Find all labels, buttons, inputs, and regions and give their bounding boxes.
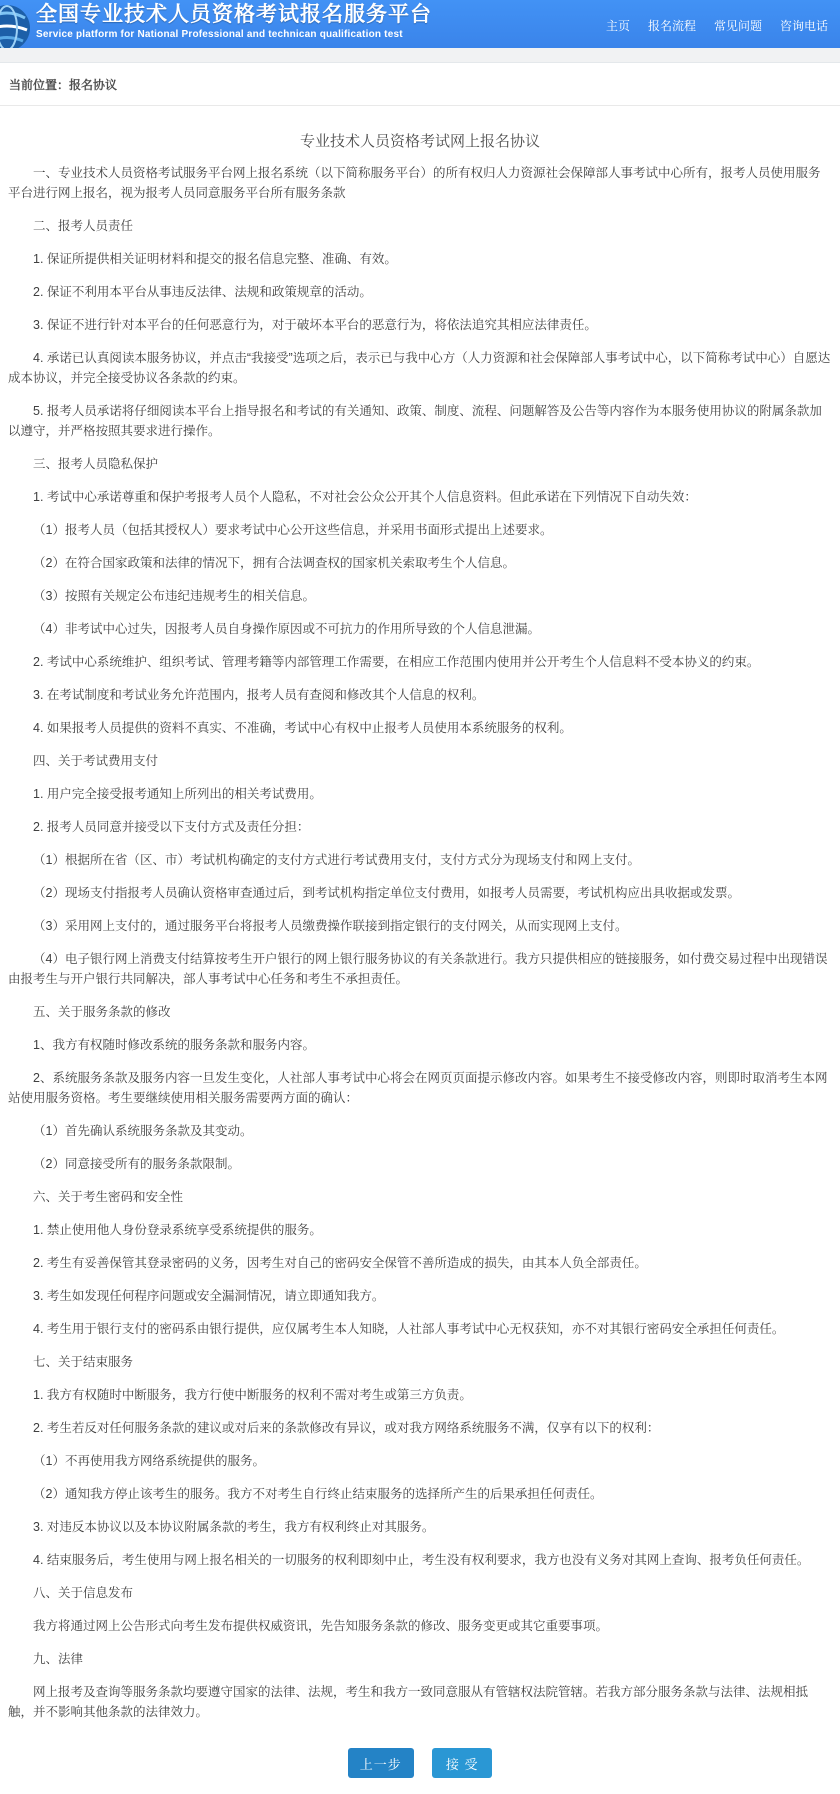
agreement-paragraph: （1）根据所在省（区、市）考试机构确定的支付方式进行考试费用支付，支付方式分为现…: [8, 850, 832, 870]
agreement-paragraph: （2）同意接受所有的服务条款限制。: [8, 1154, 832, 1174]
agreement-paragraph: 3. 考生如发现任何程序问题或安全漏洞情况，请立即通知我方。: [8, 1286, 832, 1306]
agreement-paragraph: 1. 保证所提供相关证明材料和提交的报名信息完整、准确、有效。: [8, 249, 832, 269]
agreement-paragraph: 2. 考试中心系统维护、组织考试、管理考籍等内部管理工作需要，在相应工作范围内使…: [8, 652, 832, 672]
breadcrumb-prefix: 当前位置：: [9, 78, 69, 92]
nav-link-contact-phone[interactable]: 咨询电话: [780, 17, 828, 34]
agreement-paragraph: 六、关于考生密码和安全性: [8, 1187, 832, 1207]
agreement-paragraph: 3. 在考试制度和考试业务允许范围内，报考人员有查阅和修改其个人信息的权利。: [8, 685, 832, 705]
agreement-paragraph: （4）电子银行网上消费支付结算按考生开户银行的网上银行服务协议的有关条款进行。我…: [8, 949, 832, 989]
agreement-paragraph: 2. 考生有妥善保管其登录密码的义务，因考生对自己的密码安全保管不善所造成的损失…: [8, 1253, 832, 1273]
nav-link-faq[interactable]: 常见问题: [714, 17, 762, 34]
agreement-paragraph: （3）采用网上支付的，通过服务平台将报考人员缴费操作联接到指定银行的支付网关，从…: [8, 916, 832, 936]
agreement-paragraph: 2、系统服务条款及服务内容一旦发生变化，人社部人事考试中心将会在网页页面提示修改…: [8, 1068, 832, 1108]
agreement-paragraph: 1、我方有权随时修改系统的服务条款和服务内容。: [8, 1035, 832, 1055]
agreement-paragraph: 七、关于结束服务: [8, 1352, 832, 1372]
agreement-paragraph: 2. 报考人员同意并接受以下支付方式及责任分担：: [8, 817, 832, 837]
agreement-paragraph: 4. 如果报考人员提供的资料不真实、不准确，考试中心有权中止报考人员使用本系统服…: [8, 718, 832, 738]
agreement-paragraph: 一、专业技术人员资格考试服务平台网上报名系统（以下简称服务平台）的所有权归人力资…: [8, 163, 832, 203]
agreement-content: 专业技术人员资格考试网上报名协议 一、专业技术人员资格考试服务平台网上报名系统（…: [0, 106, 840, 1794]
action-button-row: 上一步 接 受: [8, 1748, 832, 1794]
agreement-paragraph: 八、关于信息发布: [8, 1583, 832, 1603]
previous-step-button[interactable]: 上一步: [348, 1748, 414, 1778]
agreement-paragraph: （1）报考人员（包括其授权人）要求考试中心公开这些信息，并采用书面形式提出上述要…: [8, 520, 832, 540]
agreement-body: 一、专业技术人员资格考试服务平台网上报名系统（以下简称服务平台）的所有权归人力资…: [8, 163, 832, 1722]
agreement-paragraph: （1）首先确认系统服务条款及其变动。: [8, 1121, 832, 1141]
agreement-paragraph: 3. 对违反本协议以及本协议附属条款的考生，我方有权利终止对其服务。: [8, 1517, 832, 1537]
agreement-paragraph: （1）不再使用我方网络系统提供的服务。: [8, 1451, 832, 1471]
agreement-paragraph: 四、关于考试费用支付: [8, 751, 832, 771]
agreement-paragraph: （3）按照有关规定公布违纪违规考生的相关信息。: [8, 586, 832, 606]
agreement-paragraph: 我方将通过网上公告形式向考生发布提供权威资讯，先告知服务条款的修改、服务变更或其…: [8, 1616, 832, 1636]
agreement-paragraph: 九、法律: [8, 1649, 832, 1669]
nav-link-home[interactable]: 主页: [606, 17, 630, 34]
agreement-paragraph: 1. 我方有权随时中断服务，我方行使中断服务的权利不需对考生或第三方负责。: [8, 1385, 832, 1405]
agreement-paragraph: 1. 考试中心承诺尊重和保护考报考人员个人隐私，不对社会公众公开其个人信息资料。…: [8, 487, 832, 507]
agreement-paragraph: 3. 保证不进行针对本平台的任何恶意行为，对于破坏本平台的恶意行为，将依法追究其…: [8, 315, 832, 335]
globe-logo-icon: [0, 4, 31, 48]
agreement-paragraph: 5. 报考人员承诺将仔细阅读本平台上指导报名和考试的有关通知、政策、制度、流程、…: [8, 401, 832, 441]
nav-link-signup-process[interactable]: 报名流程: [648, 17, 696, 34]
agreement-paragraph: 4. 承诺已认真阅读本服务协议，并点击“我接受”选项之后，表示已与我中心方（人力…: [8, 348, 832, 388]
agreement-paragraph: 1. 禁止使用他人身份登录系统享受系统提供的服务。: [8, 1220, 832, 1240]
agreement-paragraph: 4. 结束服务后，考生使用与网上报名相关的一切服务的权利即刻中止，考生没有权利要…: [8, 1550, 832, 1570]
header-nav: 主页报名流程常见问题咨询电话: [606, 17, 828, 34]
breadcrumb-current: 报名协议: [69, 78, 117, 92]
breadcrumb: 当前位置：报名协议: [0, 63, 840, 106]
agreement-paragraph: （2）现场支付指报考人员确认资格审查通过后，到考试机构指定单位支付费用，如报考人…: [8, 883, 832, 903]
agreement-paragraph: 网上报考及查询等服务条款均要遵守国家的法律、法规，考生和我方一致同意服从有管辖权…: [8, 1682, 832, 1722]
agreement-paragraph: 1. 用户完全接受报考通知上所列出的相关考试费用。: [8, 784, 832, 804]
agreement-paragraph: 二、报考人员责任: [8, 216, 832, 236]
agreement-paragraph: （2）在符合国家政策和法律的情况下，拥有合法调查权的国家机关索取考生个人信息。: [8, 553, 832, 573]
accept-button[interactable]: 接 受: [432, 1748, 492, 1778]
site-header: 全国专业技术人员资格考试报名服务平台 Service platform for …: [0, 0, 840, 48]
header-divider-strip: [0, 48, 840, 63]
agreement-paragraph: 2. 考生若反对任何服务条款的建议或对后来的条款修改有异议，或对我方网络系统服务…: [8, 1418, 832, 1438]
page-title: 专业技术人员资格考试网上报名协议: [8, 130, 832, 151]
agreement-paragraph: 4. 考生用于银行支付的密码系由银行提供，应仅属考生本人知晓，人社部人事考试中心…: [8, 1319, 832, 1339]
agreement-paragraph: 三、报考人员隐私保护: [8, 454, 832, 474]
agreement-paragraph: （4）非考试中心过失，因报考人员自身操作原因或不可抗力的作用所导致的个人信息泄漏…: [8, 619, 832, 639]
agreement-paragraph: 五、关于服务条款的修改: [8, 1002, 832, 1022]
agreement-paragraph: （2）通知我方停止该考生的服务。我方不对考生自行终止结束服务的选择所产生的后果承…: [8, 1484, 832, 1504]
agreement-paragraph: 2. 保证不利用本平台从事违反法律、法规和政策规章的活动。: [8, 282, 832, 302]
